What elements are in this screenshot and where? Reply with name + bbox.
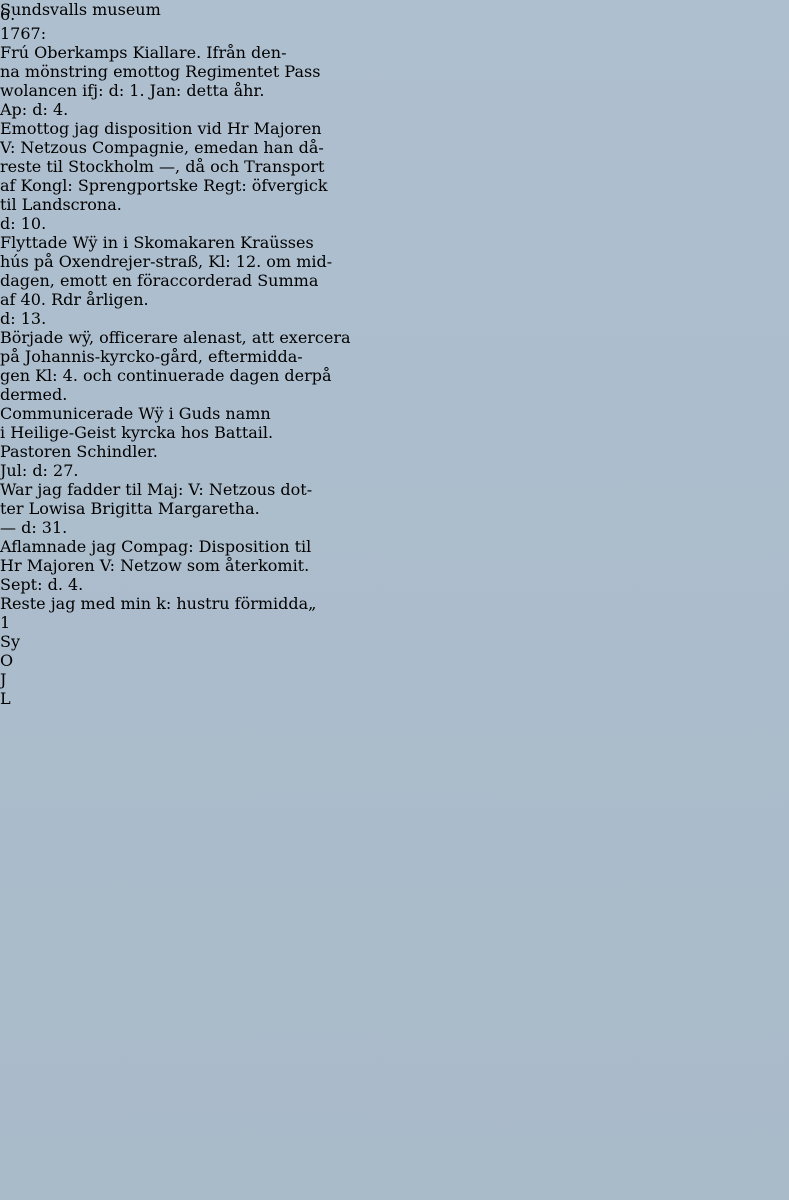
entry-line: på Johannis-kyrcko-gård, eftermidda- — [0, 347, 789, 366]
journal-entry: Jul: d: 27.War jag fadder til Maj: V: Ne… — [0, 461, 789, 518]
page-number: 6. — [0, 5, 789, 24]
entry-line: til Landscrona. — [0, 195, 789, 214]
entry-date-label: Jul: d: 27. — [0, 461, 789, 480]
facing-page-fragment: J — [0, 670, 789, 689]
entry-line: dermed. — [0, 385, 789, 404]
entry-line: War jag fadder til Maj: V: Netzous dot- — [0, 480, 789, 499]
photograph-scene: 6. 1767:Frú Oberkamps Kiallare. Ifrån de… — [0, 0, 789, 1200]
year-label: 1767: — [0, 24, 789, 43]
entry-date-label: d: 10. — [0, 214, 789, 233]
facing-page-fragments: 1SyOJL — [0, 613, 789, 708]
entry-text: Reste jag med min k: hustru förmidda„ — [0, 594, 789, 613]
entry-text: Flyttade Wÿ in i Skomakaren Kraüsseshús … — [0, 233, 789, 309]
entry-text: Emottog jag disposition vid Hr MajorenV:… — [0, 119, 789, 214]
entry-line: af 40. Rdr årligen. — [0, 290, 789, 309]
entry-date-label: Ap: d: 4. — [0, 100, 789, 119]
entry-line: Pastoren Schindler. — [0, 442, 789, 461]
entry-date-label: Sept: d. 4. — [0, 575, 789, 594]
entry-line: dagen, emott en föraccorderad Summa — [0, 271, 789, 290]
journal-entry: — d: 31.Aflamnade jag Compag: Dispositio… — [0, 518, 789, 575]
entry-line: Reste jag med min k: hustru förmidda„ — [0, 594, 789, 613]
facing-page-fragment: O — [0, 651, 789, 670]
journal-entry: Ap: d: 4.Emottog jag disposition vid Hr … — [0, 100, 789, 214]
entry-line: V: Netzous Compagnie, emedan han då- — [0, 138, 789, 157]
facing-page-fragment: Sy — [0, 632, 789, 651]
entry-text: Aflamnade jag Compag: Disposition tilHr … — [0, 537, 789, 575]
journal-entry: d: 10.Flyttade Wÿ in i Skomakaren Kraüss… — [0, 214, 789, 309]
entry-text: Frú Oberkamps Kiallare. Ifrån den-na mön… — [0, 43, 789, 100]
entry-date-label: — d: 31. — [0, 518, 789, 537]
journal-entries: 1767:Frú Oberkamps Kiallare. Ifrån den-n… — [0, 24, 789, 613]
entry-text: Började wÿ, officerare alenast, att exer… — [0, 328, 789, 461]
journal-entry: Sept: d. 4.Reste jag med min k: hustru f… — [0, 575, 789, 613]
entry-line: Emottog jag disposition vid Hr Majoren — [0, 119, 789, 138]
journal-entry: d: 13.Började wÿ, officerare alenast, at… — [0, 309, 789, 461]
entry-line: Communicerade Wÿ i Guds namn — [0, 404, 789, 423]
entry-line: Frú Oberkamps Kiallare. Ifrån den- — [0, 43, 789, 62]
entry-line: Började wÿ, officerare alenast, att exer… — [0, 328, 789, 347]
entry-line: af Kongl: Sprengportske Regt: öfvergick — [0, 176, 789, 195]
entry-line: na mönstring emottog Regimentet Pass — [0, 62, 789, 81]
entry-text: War jag fadder til Maj: V: Netzous dot-t… — [0, 480, 789, 518]
entry-line: ter Lowisa Brigitta Margaretha. — [0, 499, 789, 518]
entry-line: i Heilige-Geist kyrcka hos Battail. — [0, 423, 789, 442]
entry-line: hús på Oxendrejer-straß, Kl: 12. om mid- — [0, 252, 789, 271]
entry-line: reste til Stockholm —, då och Transport — [0, 157, 789, 176]
entry-line: wolancen ifj: d: 1. Jan: detta åhr. — [0, 81, 789, 100]
facing-page-fragment: L — [0, 689, 789, 708]
entry-line: Flyttade Wÿ in i Skomakaren Kraüsses — [0, 233, 789, 252]
entry-line: Hr Majoren V: Netzow som återkomit. — [0, 556, 789, 575]
entry-line: Aflamnade jag Compag: Disposition til — [0, 537, 789, 556]
entry-line: gen Kl: 4. och continuerade dagen derpå — [0, 366, 789, 385]
book-page: 6. 1767:Frú Oberkamps Kiallare. Ifrån de… — [0, 5, 789, 1200]
facing-page-fragment: 1 — [0, 613, 789, 632]
entry-date-label: d: 13. — [0, 309, 789, 328]
journal-entry: 1767:Frú Oberkamps Kiallare. Ifrån den-n… — [0, 24, 789, 100]
